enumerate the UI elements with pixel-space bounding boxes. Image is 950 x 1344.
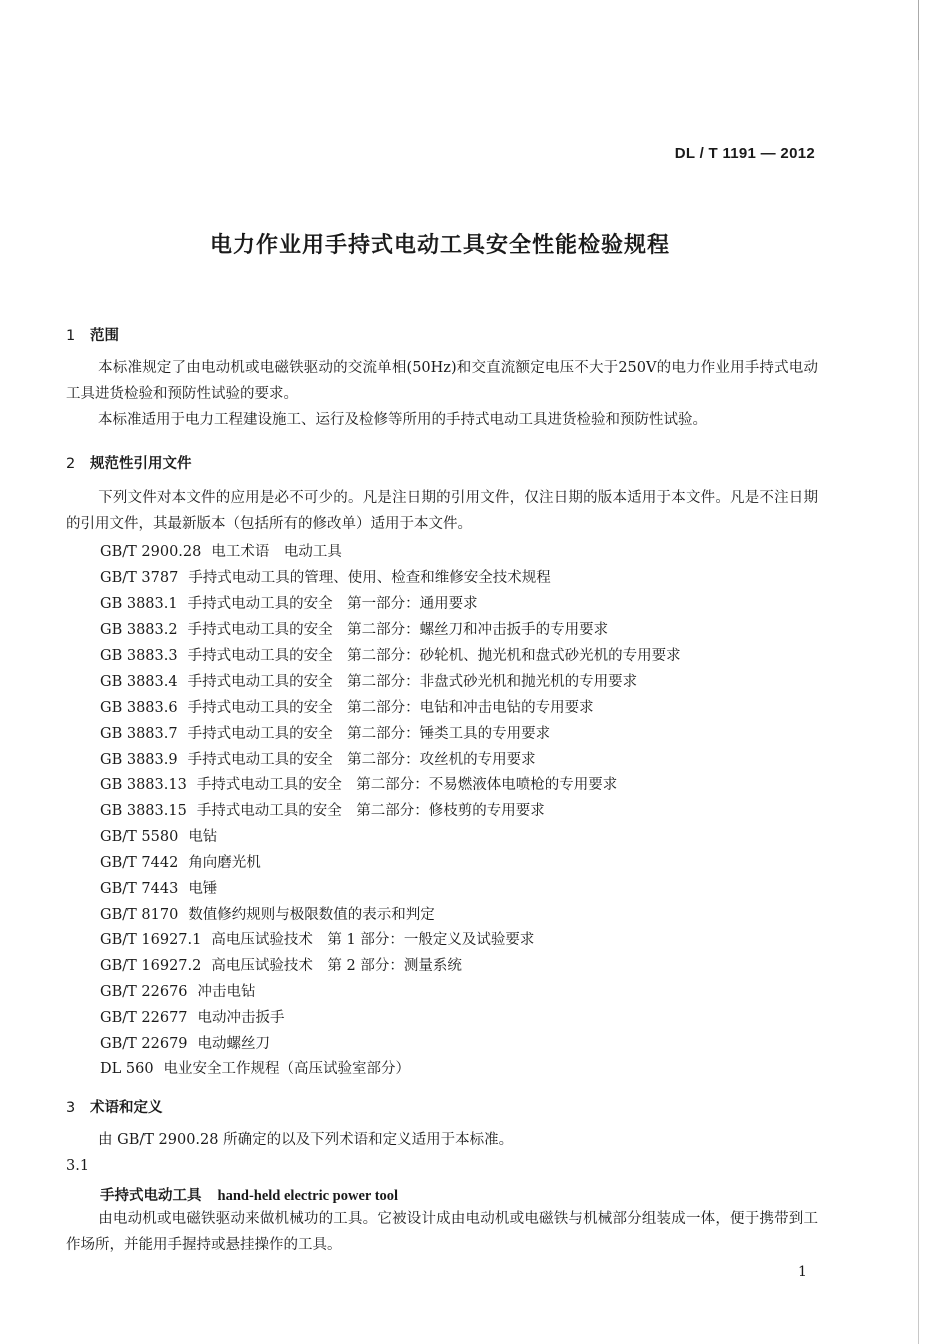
section-title: 术语和定义: [90, 1100, 163, 1116]
reference-item: GB 3883.15手持式电动工具的安全 第二部分：修枝剪的专用要求: [100, 799, 545, 820]
section-3-heading: 3术语和定义: [66, 1096, 163, 1117]
reference-item: DL 560电业安全工作规程（高压试验室部分）: [100, 1057, 410, 1078]
scan-edge-line: [918, 20, 919, 1344]
reference-item: GB 3883.2手持式电动工具的安全 第二部分：螺丝刀和冲击扳手的专用要求: [100, 618, 608, 639]
reference-item: GB/T 16927.2高电压试验技术 第 2 部分：测量系统: [100, 954, 462, 975]
reference-item: GB/T 2900.28电工术语 电动工具: [100, 540, 342, 561]
term-entry: 手持式电动工具hand-held electric power tool: [100, 1184, 398, 1205]
section-3-paragraph-1: 由 GB/T 2900.28 所确定的以及下列术语和定义适用于本标准。: [66, 1127, 818, 1153]
reference-item: GB 3883.7手持式电动工具的安全 第二部分：锤类工具的专用要求: [100, 722, 550, 743]
scan-edge-line-top: [918, 0, 919, 60]
term-chinese: 手持式电动工具: [100, 1188, 202, 1204]
reference-item: GB/T 7442角向磨光机: [100, 851, 261, 872]
reference-item: GB/T 22679电动螺丝刀: [100, 1032, 270, 1053]
section-1-paragraph-1: 本标准规定了由电动机或电磁铁驱动的交流单相(50Hz)和交直流额定电压不大于25…: [66, 355, 818, 407]
section-number: 3: [66, 1100, 90, 1116]
document-title: 电力作业用手持式电动工具安全性能检验规程: [0, 228, 880, 259]
reference-item: GB 3883.4手持式电动工具的安全 第二部分：非盘式砂光机和抛光机的专用要求: [100, 670, 637, 691]
reference-item: GB 3883.9手持式电动工具的安全 第二部分：攻丝机的专用要求: [100, 748, 536, 769]
reference-item: GB 3883.3手持式电动工具的安全 第二部分：砂轮机、抛光机和盘式砂光机的专…: [100, 644, 681, 665]
term-english: hand-held electric power tool: [218, 1188, 399, 1204]
reference-item: GB/T 16927.1高电压试验技术 第 1 部分：一般定义及试验要求: [100, 928, 534, 949]
term-definition: 由电动机或电磁铁驱动来做机械功的工具。它被设计成由电动机或电磁铁与机械部分组装成…: [66, 1206, 818, 1258]
section-title: 规范性引用文件: [90, 456, 192, 472]
section-2-paragraph-1: 下列文件对本文件的应用是必不可少的。凡是注日期的引用文件，仅注日期的版本适用于本…: [66, 485, 818, 537]
page-number: 1: [798, 1264, 807, 1280]
section-number: 2: [66, 456, 90, 472]
section-number: 1: [66, 328, 90, 344]
reference-item: GB/T 22677电动冲击扳手: [100, 1006, 285, 1027]
section-title: 范围: [90, 328, 119, 344]
section-1-heading: 1范围: [66, 324, 119, 345]
subsection-number: 3.1: [66, 1158, 89, 1174]
section-2-heading: 2规范性引用文件: [66, 452, 192, 473]
reference-item: GB 3883.13手持式电动工具的安全 第二部分：不易燃液体电喷枪的专用要求: [100, 773, 617, 794]
reference-item: GB 3883.1手持式电动工具的安全 第一部分：通用要求: [100, 592, 478, 613]
section-1-paragraph-2: 本标准适用于电力工程建设施工、运行及检修等所用的手持式电动工具进货检验和预防性试…: [66, 407, 818, 433]
reference-item: GB/T 5580电钻: [100, 825, 217, 846]
document-code: DL / T 1191 — 2012: [675, 145, 815, 162]
reference-item: GB/T 3787手持式电动工具的管理、使用、检查和维修安全技术规程: [100, 566, 551, 587]
reference-item: GB 3883.6手持式电动工具的安全 第二部分：电钻和冲击电钻的专用要求: [100, 696, 594, 717]
reference-item: GB/T 7443电锤: [100, 877, 217, 898]
reference-item: GB/T 22676冲击电钻: [100, 980, 256, 1001]
reference-item: GB/T 8170数值修约规则与极限数值的表示和判定: [100, 903, 435, 924]
